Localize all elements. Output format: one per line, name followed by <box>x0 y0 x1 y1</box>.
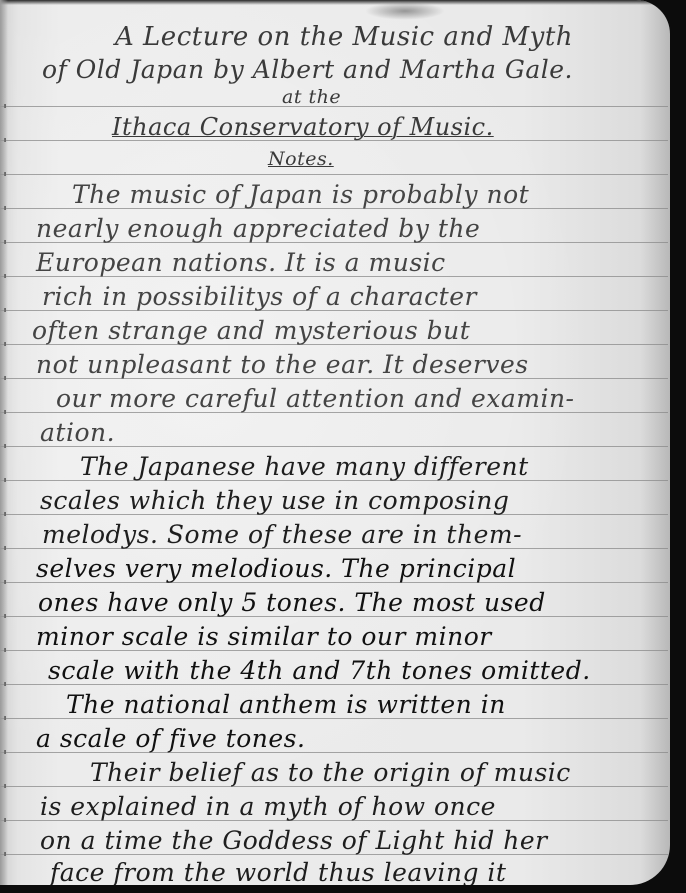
margin-tick <box>4 104 6 108</box>
notebook-page: A Lecture on the Music and Myth of Old J… <box>0 0 670 885</box>
margin-tick <box>4 410 6 414</box>
margin-tick <box>4 682 6 686</box>
body-line: The Japanese have many different <box>80 452 529 482</box>
heading-notes-label: Notes. <box>268 144 334 174</box>
margin-tick <box>4 784 6 788</box>
margin-tick <box>4 750 6 754</box>
margin-tick <box>4 580 6 584</box>
heading-line-3: at the <box>282 82 341 112</box>
ink-stain <box>365 2 445 20</box>
heading-line-2: of Old Japan by Albert and Martha Gale. <box>42 55 573 85</box>
body-line: The national anthem is written in <box>66 690 506 720</box>
body-line: on a time the Goddess of Light hid her <box>40 826 548 856</box>
body-line: scale with the 4th and 7th tones omitted… <box>48 656 591 686</box>
ruled-line <box>0 174 668 175</box>
body-line: minor scale is similar to our minor <box>36 622 492 652</box>
margin-tick <box>4 546 6 550</box>
body-line: is explained in a myth of how once <box>40 792 496 822</box>
margin-tick <box>4 138 6 142</box>
margin-tick <box>4 444 6 448</box>
body-line: a scale of five tones. <box>36 724 305 754</box>
body-line: face from the world thus leaving it <box>50 858 506 885</box>
body-line: The music of Japan is probably not <box>72 180 529 210</box>
body-line: rich in possibilitys of a character <box>42 282 477 312</box>
margin-tick <box>4 614 6 618</box>
body-line: selves very melodious. The principal <box>36 554 516 584</box>
body-line: often strange and mysterious but <box>32 316 470 346</box>
body-line: Their belief as to the origin of music <box>90 758 571 788</box>
margin-tick <box>4 852 6 856</box>
body-line: our more careful attention and examin- <box>56 384 575 414</box>
margin-tick <box>4 818 6 822</box>
margin-tick <box>4 206 6 210</box>
margin-tick <box>4 648 6 652</box>
body-line: ation. <box>40 418 115 448</box>
margin-tick <box>4 342 6 346</box>
margin-tick <box>4 308 6 312</box>
margin-tick <box>4 240 6 244</box>
heading-line-1: A Lecture on the Music and Myth <box>115 22 573 52</box>
body-line: European nations. It is a music <box>36 248 446 278</box>
margin-tick <box>4 512 6 516</box>
margin-tick <box>4 172 6 176</box>
margin-tick <box>4 478 6 482</box>
body-line: melodys. Some of these are in them- <box>42 520 522 550</box>
margin-tick <box>4 716 6 720</box>
margin-tick <box>4 274 6 278</box>
body-line: ones have only 5 tones. The most used <box>38 588 546 618</box>
body-line: not unpleasant to the ear. It deserves <box>36 350 529 380</box>
heading-line-4: Ithaca Conservatory of Music. <box>112 112 494 142</box>
body-line: nearly enough appreciated by the <box>36 214 480 244</box>
margin-tick <box>4 376 6 380</box>
body-line: scales which they use in composing <box>40 486 509 516</box>
